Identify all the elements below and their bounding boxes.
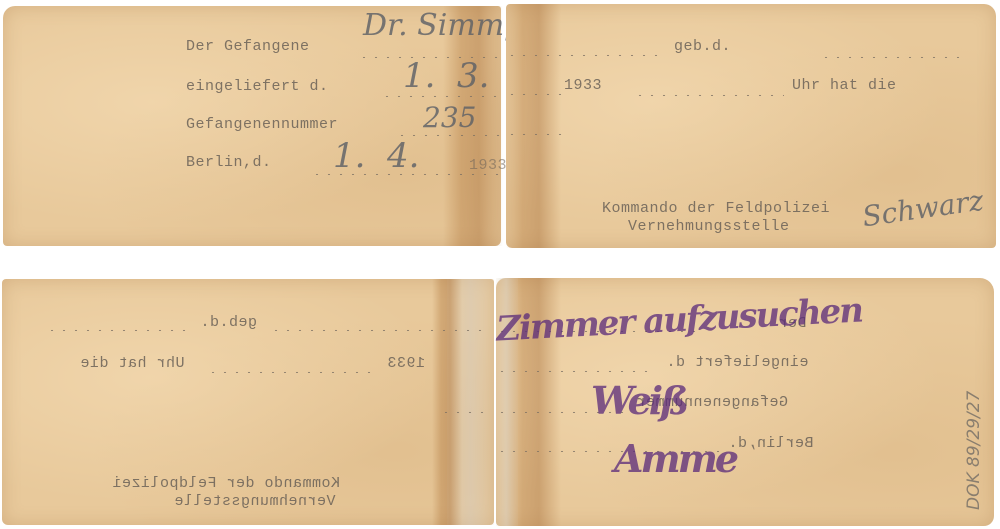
dotted-line (506, 133, 566, 135)
back-slip-right-half: Der eingeliefert d. Gefangenennummer Ber… (496, 278, 994, 526)
mirrored-year: 1933 (387, 355, 425, 372)
mirrored-uhr-hat-die: Uhr hat die (80, 355, 185, 372)
dotted-line (634, 94, 784, 96)
dotted-line (506, 93, 561, 95)
dotted-line (820, 56, 960, 58)
intake-year: 1933 (564, 77, 602, 94)
archive-number: DOK 89/29/27 (964, 391, 984, 510)
dotted-line (496, 370, 656, 372)
dotted-line (270, 329, 490, 331)
dotted-line (440, 411, 490, 413)
mirrored-geb-d: geb.d. (200, 314, 257, 331)
handwritten-intake-date: 1. 3. (403, 56, 490, 96)
front-slip-right-half: geb.d. 1933 Uhr hat die Kommando der Fel… (506, 4, 996, 248)
signature: Schwarz (860, 184, 985, 234)
label-gefangenennummer: Gefangenennummer (186, 116, 338, 133)
back-slip-left-half: geb.d. Uhr hat die 1933 Kommando der Fel… (2, 279, 494, 525)
label-uhr-hat-die: Uhr hat die (792, 77, 897, 94)
mirrored-footer-vernehmungsstelle: Vernehmungsstelle (174, 493, 336, 510)
water-stain (432, 279, 462, 525)
handwritten-berlin-date: 1. 4. (333, 136, 420, 176)
footer-kommando: Kommando der Feldpolizei (602, 200, 830, 217)
footer-vernehmungsstelle: Vernehmungsstelle (628, 218, 790, 235)
ink-annotation-line3: Amme (614, 436, 736, 481)
label-geb-d: geb.d. (674, 38, 731, 55)
dotted-line (207, 371, 377, 373)
dotted-line (506, 54, 666, 56)
mirrored-footer-kommando: Kommando der Feldpolizei (112, 475, 340, 492)
ink-annotation-line2: Weiß (591, 378, 686, 423)
water-stain (506, 4, 561, 248)
label-der-gefangene: Der Gefangene (186, 38, 310, 55)
front-slip-left-half: Der Gefangene eingeliefert d. Gefangenen… (3, 6, 501, 246)
dotted-line (46, 329, 186, 331)
mirrored-berlin: Berlin,d. (728, 435, 814, 452)
berlin-year: 1933 (469, 157, 507, 174)
handwritten-prisoner-number: 235 (423, 101, 476, 134)
mirrored-eingeliefert: eingeliefert d. (666, 354, 809, 371)
label-berlin-date: Berlin,d. (186, 154, 272, 171)
label-eingeliefert: eingeliefert d. (186, 78, 329, 95)
